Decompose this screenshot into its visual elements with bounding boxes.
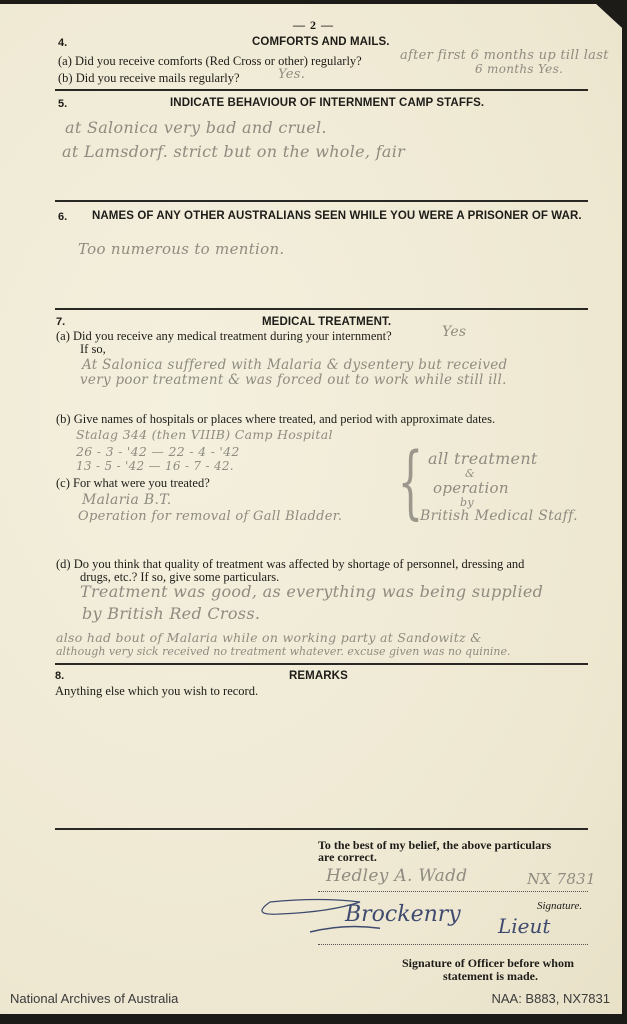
section-4-number: 4. [58,37,67,49]
section-7-title: MEDICAL TREATMENT. [262,316,391,328]
section-7b-question: (b) Give names of hospitals or places wh… [56,412,495,426]
section-8-number: 8. [55,670,64,682]
section-7b-answer-line1: Stalag 344 (then VIIIB) Camp Hospital [76,427,333,442]
section-7d-answer-line3: also had bout of Malaria while on workin… [56,630,482,645]
archive-name: National Archives of Australia [10,991,178,1006]
section-7a-detail-line1: At Salonica suffered with Malaria & dyse… [82,357,508,373]
section-8-title: REMARKS [289,670,348,682]
section-4a-answer-cont: 6 months Yes. [475,62,563,76]
section-4-title: COMFORTS AND MAILS. [252,36,390,48]
section-7-number: 7. [56,316,65,328]
section-7d-answer-line4: although very sick received no treatment… [56,645,511,658]
archive-reference: NAA: B883, NX7831 [491,991,610,1006]
officer-label-line1: Signature of Officer before whom [402,956,574,970]
section-7c-question: (c) For what were you treated? [56,476,210,490]
section-7a-if-so: If so, [80,342,106,356]
section-5-title: INDICATE BEHAVIOUR OF INTERNMENT CAMP ST… [170,97,484,109]
page-number: — 2 — [0,18,627,33]
service-number: NX 7831 [527,870,596,888]
section-6-answer: Too numerous to mention. [78,240,285,258]
section-4a-question: (a) Did you receive comforts (Red Cross … [58,54,362,68]
side-note-line1: all treatment [428,449,538,468]
side-note-line5: British Medical Staff. [420,508,578,524]
document-page: — 2 — 4. COMFORTS AND MAILS. (a) Did you… [0,4,622,1014]
section-8-prompt: Anything else which you wish to record. [55,684,258,698]
section-7b-answer-line2: 26 - 3 - '42 — 22 - 4 - '42 [76,444,240,459]
divider [55,200,588,202]
divider [55,663,588,665]
section-7a-answer: Yes [442,324,466,340]
section-4a-answer: after first 6 months up till last [400,48,609,63]
section-5-answer-line1: at Salonica very bad and cruel. [65,118,327,137]
brace-mark: { [398,442,423,542]
divider [55,828,588,830]
section-7a-detail-line2: very poor treatment & was forced out to … [80,372,507,388]
officer-rank: Lieut [498,914,550,938]
section-7d-question-line1: (d) Do you think that quality of treatme… [56,557,524,571]
officer-label-line2: statement is made. [443,969,538,983]
section-7d-answer-line1: Treatment was good, as everything was be… [80,582,543,601]
divider [55,308,588,310]
divider [55,89,588,91]
member-signature: Hedley A. Wadd [326,866,467,886]
section-7c-answer-line2: Operation for removal of Gall Bladder. [78,509,342,524]
section-4b-answer: Yes. [278,67,305,82]
section-6-number: 6. [58,211,67,223]
section-5-answer-line2: at Lamsdorf. strict but on the whole, fa… [62,142,405,161]
side-note-line3: operation [433,479,509,497]
section-6-title: NAMES OF ANY OTHER AUSTRALIANS SEEN WHIL… [92,210,582,222]
section-7a-question: (a) Did you receive any medical treatmen… [56,329,392,343]
section-5-number: 5. [58,98,67,110]
officer-signature: Brockenry [345,902,461,927]
section-7c-answer-line1: Malaria B.T. [82,492,172,508]
section-7b-answer-line3: 13 - 5 - '42 — 16 - 7 - 42. [76,459,234,473]
declaration-text-line2: are correct. [318,850,377,864]
section-7d-answer-line2: by British Red Cross. [82,604,260,623]
officer-signature-line [318,944,588,945]
signature-label: Signature. [537,900,582,912]
section-4b-question: (b) Did you receive mails regularly? [58,71,240,85]
